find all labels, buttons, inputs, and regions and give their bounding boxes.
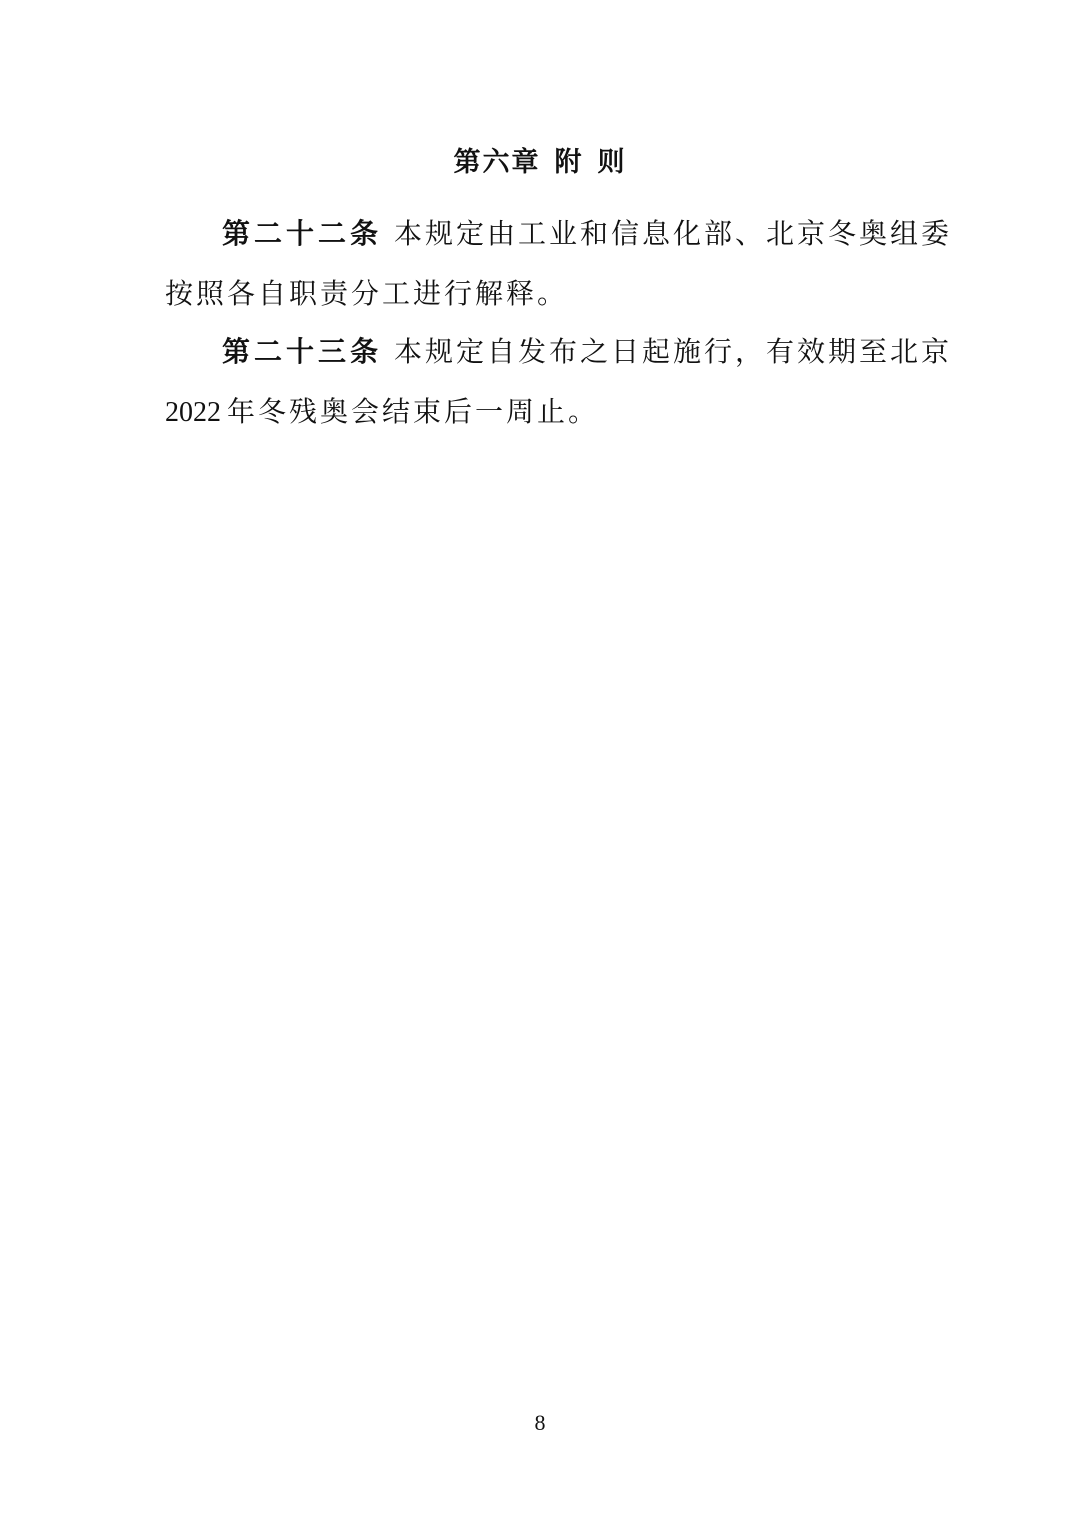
article-23-text-1: 本规定自发布之日起施行，有效期至北京 [394, 335, 952, 368]
chapter-title: 第六章附则 [0, 140, 1080, 179]
article-22-text-2: 按照各自职责分工进行解释。 [165, 277, 568, 310]
article-22-label: 第二十二条 [222, 217, 382, 250]
chapter-number: 第六章 [454, 147, 541, 178]
chapter-name-1: 附 [555, 147, 584, 178]
article-22-line-1: 第二十二条本规定由工业和信息化部、北京冬奥组委 [222, 212, 982, 252]
article-23-line-2: 2022年冬残奥会结束后一周止。 [165, 390, 925, 430]
article-23-year: 2022 [165, 397, 221, 428]
article-23-line-1: 第二十三条本规定自发布之日起施行，有效期至北京 [222, 330, 982, 370]
article-22-text-1: 本规定由工业和信息化部、北京冬奥组委 [394, 217, 952, 250]
article-22-line-2: 按照各自职责分工进行解释。 [165, 272, 925, 312]
page-number: 8 [0, 1410, 1080, 1436]
article-23-text-2: 年冬残奥会结束后一周止。 [227, 395, 599, 428]
article-23-label: 第二十三条 [222, 335, 382, 368]
chapter-name-2: 则 [598, 147, 627, 178]
